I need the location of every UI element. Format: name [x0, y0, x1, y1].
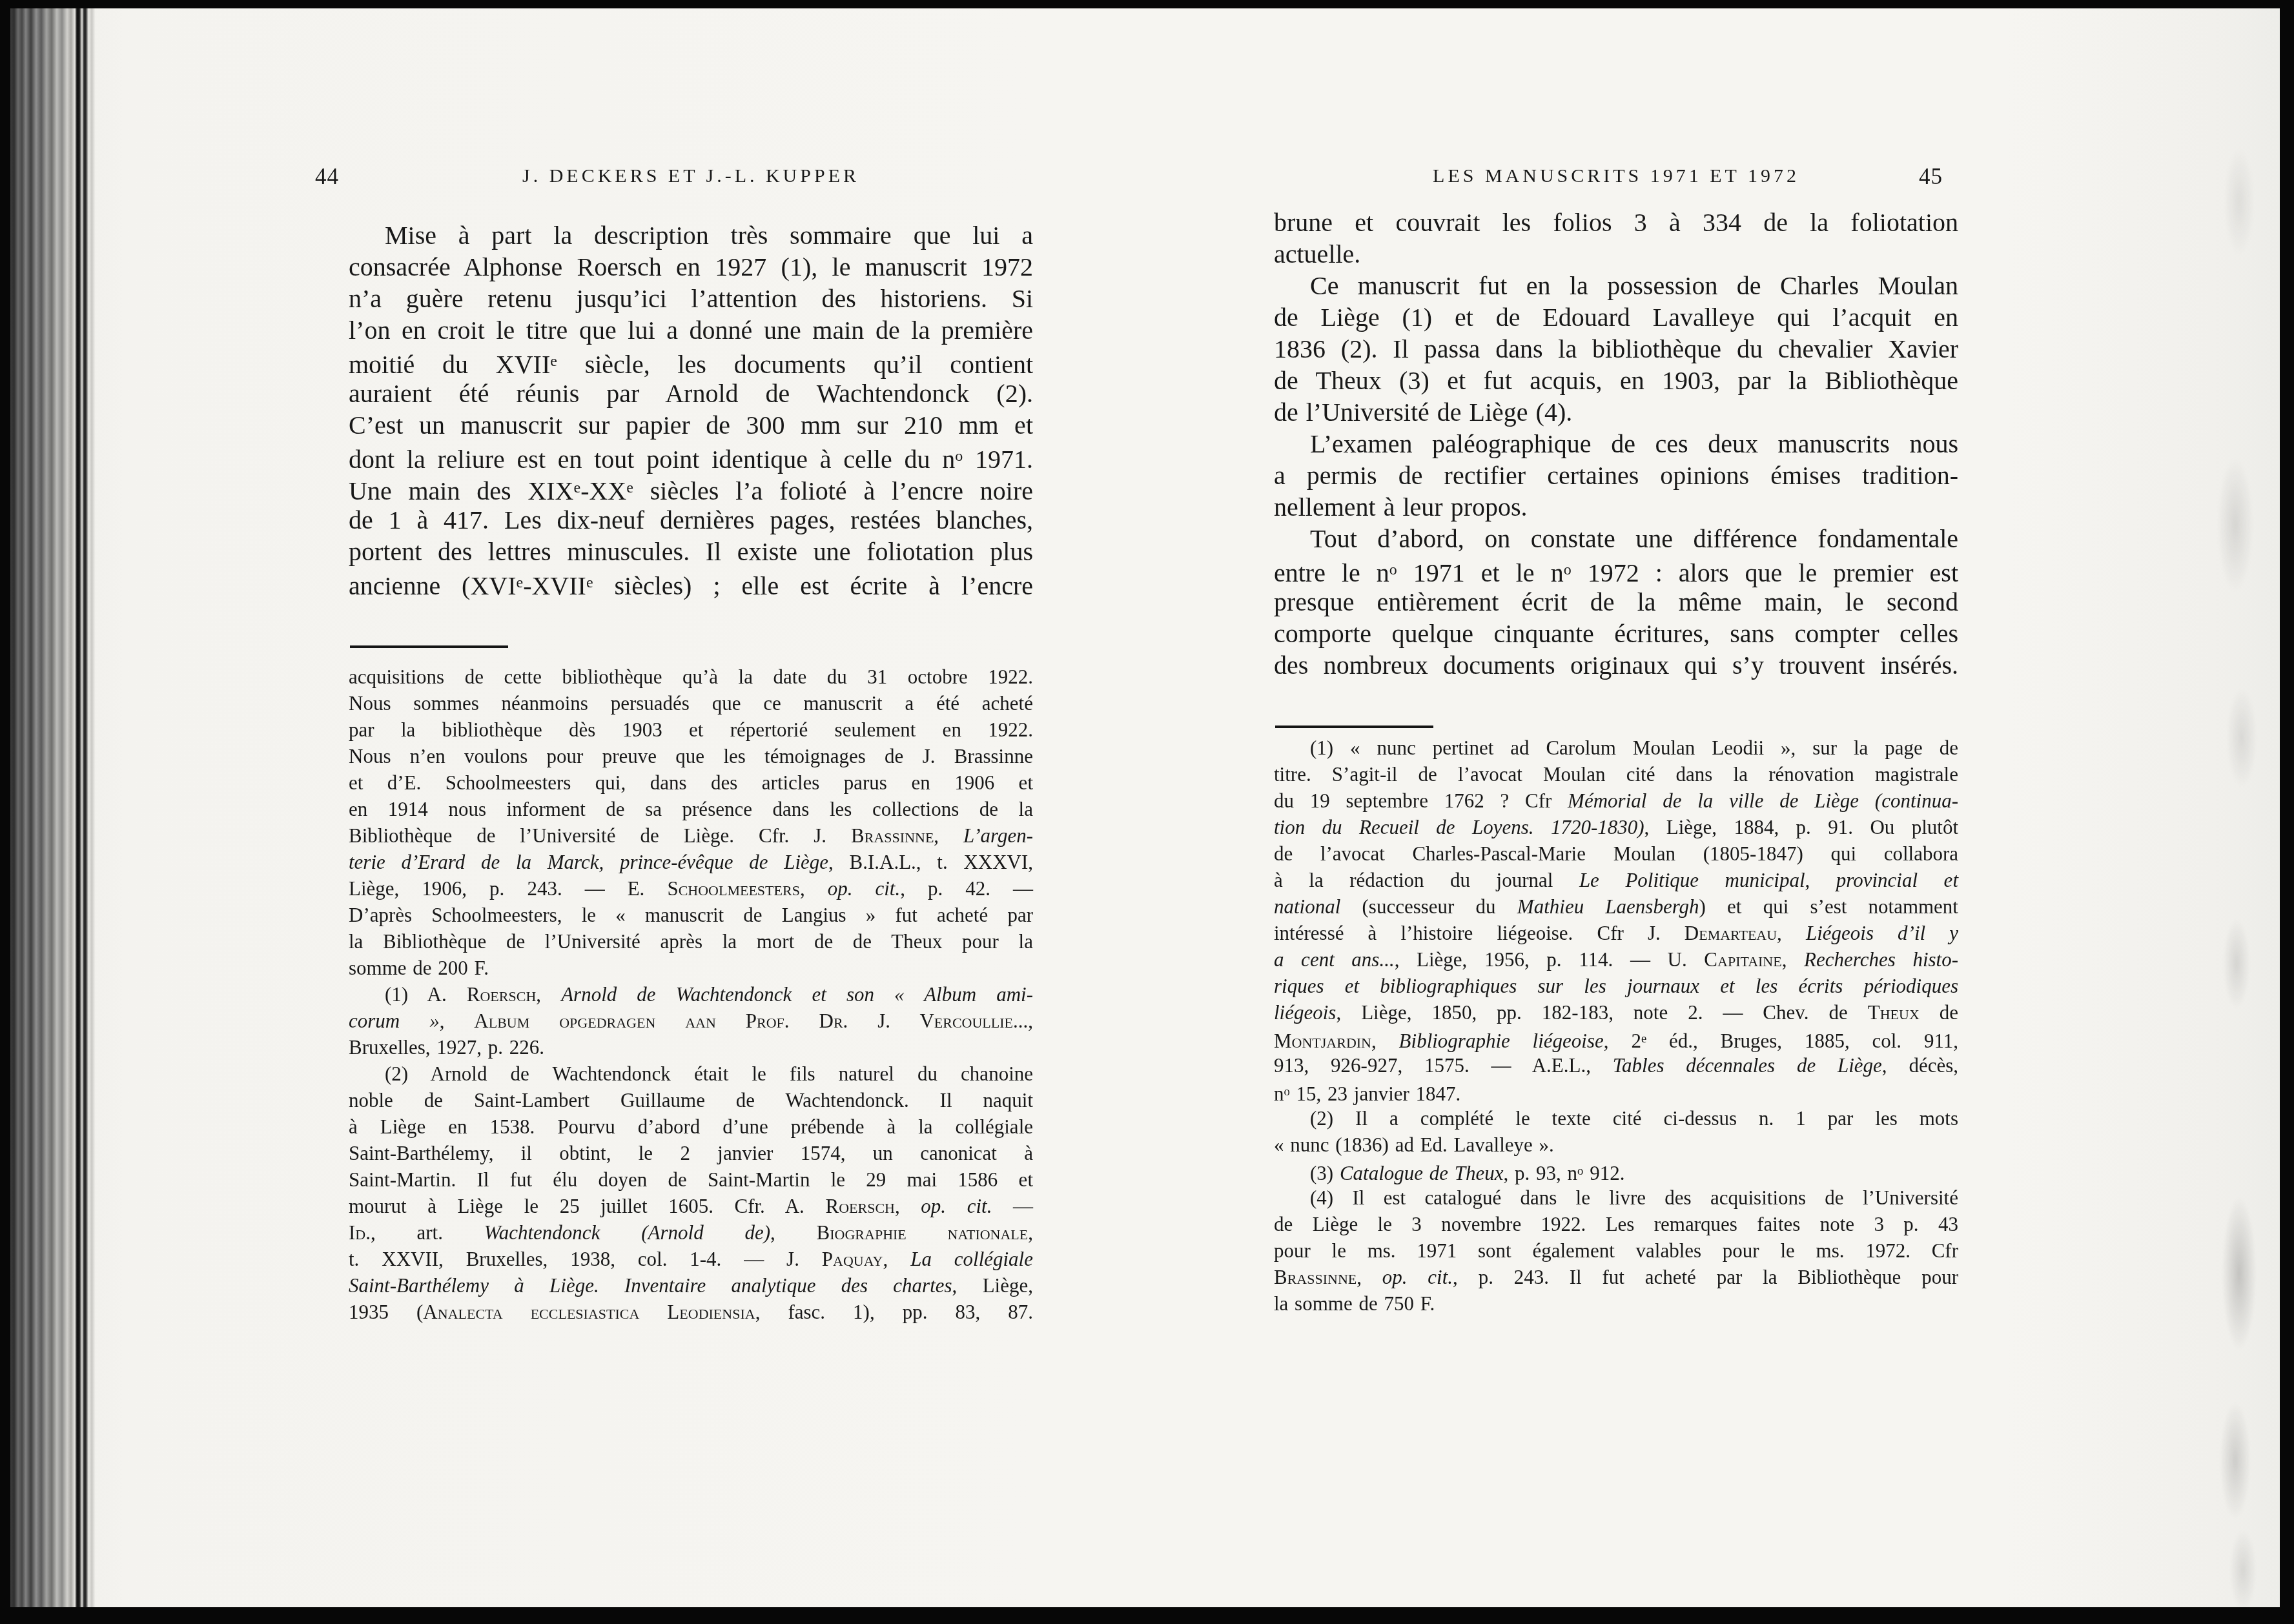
text-line: par la bibliothèque dès 1903 et répertor…: [349, 716, 1033, 743]
text-line: en 1914 nous informent de sa présence da…: [349, 796, 1033, 822]
page-number-left: 44: [315, 164, 339, 190]
text-line: Bibliothèque de l’Université de Liège. C…: [349, 822, 1033, 849]
text-line: a permis de rectifier certaines opinions…: [1274, 460, 1958, 491]
text-line: moitié du XVIIe siècle, les documents qu…: [349, 346, 1033, 378]
text-line: 913, 926-927, 1575. — A.E.L., Tables déc…: [1274, 1052, 1958, 1079]
text-line: Ce manuscrit fut en la possession de Cha…: [1274, 270, 1958, 301]
text-line: Tout d’abord, on constate une différence…: [1274, 523, 1958, 554]
text-line: portent des lettres minuscules. Il exist…: [349, 536, 1033, 567]
text-line: n’a guère retenu jusqu’ici l’attention d…: [349, 283, 1033, 314]
text-line: la somme de 750 F.: [1274, 1290, 1958, 1317]
text-line: ancienne (XVIe-XVIIe siècles) ; elle est…: [349, 567, 1033, 599]
body-text-right: brune et couvrait les folios 3 à 334 de …: [1274, 207, 1958, 681]
text-line: actuelle.: [1274, 238, 1958, 270]
text-line: Nous sommes néanmoins persuadés que ce m…: [349, 690, 1033, 716]
text-line: à Liège en 1538. Pourvu d’abord d’une pr…: [349, 1113, 1033, 1140]
scan-page-edges-band: [10, 8, 96, 1607]
text-line: auraient été réunis par Arnold de Wachte…: [349, 378, 1033, 409]
text-line: (1) « nunc pertinet ad Carolum Moulan Le…: [1274, 735, 1958, 761]
text-line: t. XXVII, Bruxelles, 1938, col. 1-4. — J…: [349, 1246, 1033, 1272]
running-head-right: LES MANUSCRITS 1971 ET 1972 45: [1274, 159, 1958, 190]
text-line: de Liège le 3 novembre 1922. Les remarqu…: [1274, 1211, 1958, 1237]
scan-noise-strip: [2213, 8, 2264, 1607]
text-line: (1) A. Roersch, Arnold de Wachtendonck e…: [349, 981, 1033, 1008]
text-line: dont la reliure est en tout point identi…: [349, 441, 1033, 472]
running-head-left: 44 J. DECKERS ET J.-L. KUPPER: [349, 159, 1033, 190]
text-line: l’on en croit le titre que lui a donné u…: [349, 314, 1033, 346]
text-line: liégeois, Liège, 1850, pp. 182-183, note…: [1274, 999, 1958, 1026]
text-line: presque entièrement écrit de la même mai…: [1274, 586, 1958, 618]
text-line: somme de 200 F.: [349, 955, 1033, 981]
text-line: du 19 septembre 1762 ? Cfr Mémorial de l…: [1274, 787, 1958, 814]
text-line: a cent ans..., Liège, 1956, p. 114. — U.…: [1274, 946, 1958, 973]
text-line: (2) Il a complété le texte cité ci-dessu…: [1274, 1105, 1958, 1132]
footnote-separator-left: [350, 645, 508, 648]
text-line: corum », Album opgedragen aan Prof. Dr. …: [349, 1008, 1033, 1034]
running-title-left: J. DECKERS ET J.-L. KUPPER: [349, 159, 1033, 187]
text-line: L’examen paléographique de ces deux manu…: [1274, 428, 1958, 460]
text-line: intéressé à l’histoire liégeoise. Cfr J.…: [1274, 920, 1958, 946]
text-line: D’après Schoolmeesters, le « manuscrit d…: [349, 902, 1033, 928]
text-line: noble de Saint-Lambert Guillaume de Wach…: [349, 1087, 1033, 1113]
text-line: Brassinne, op. cit., p. 243. Il fut ache…: [1274, 1264, 1958, 1290]
text-line: à la rédaction du journal Le Politique m…: [1274, 867, 1958, 893]
page-number-right: 45: [1919, 164, 1943, 190]
text-line: Une main des XIXe-XXe siècles l’a foliot…: [349, 472, 1033, 504]
footnote-separator-right: [1275, 726, 1433, 728]
text-line: mourut à Liège le 25 juillet 1605. Cfr. …: [349, 1193, 1033, 1219]
text-line: comporte quelque cinquante écritures, sa…: [1274, 618, 1958, 649]
footnotes-right: (1) « nunc pertinet ad Carolum Moulan Le…: [1274, 735, 1958, 1317]
text-line: acquisitions de cette bibliothèque qu’à …: [349, 664, 1033, 690]
text-line: et d’E. Schoolmeesters qui, dans des art…: [349, 769, 1033, 796]
text-line: de Liège (1) et de Edouard Lavalleye qui…: [1274, 301, 1958, 333]
text-line: consacrée Alphonse Roersch en 1927 (1), …: [349, 251, 1033, 283]
body-text-left: Mise à part la description très sommaire…: [349, 219, 1033, 599]
text-line: Mise à part la description très sommaire…: [349, 219, 1033, 251]
text-line: Id., art. Wachtendonck (Arnold de), Biog…: [349, 1219, 1033, 1246]
text-line: la Bibliothèque de l’Université après la…: [349, 928, 1033, 955]
page-44: 44 J. DECKERS ET J.-L. KUPPER Mise à par…: [349, 159, 1033, 190]
footnotes-left: acquisitions de cette bibliothèque qu’à …: [349, 664, 1033, 1325]
text-line: de Theux (3) et fut acquis, en 1903, par…: [1274, 365, 1958, 396]
text-line: de l’avocat Charles-Pascal-Marie Moulan …: [1274, 840, 1958, 867]
text-line: riques et bibliographiques sur les journ…: [1274, 973, 1958, 999]
text-line: entre le no 1971 et le no 1972 : alors q…: [1274, 554, 1958, 586]
text-line: brune et couvrait les folios 3 à 334 de …: [1274, 207, 1958, 238]
text-line: (2) Arnold de Wachtendonck était le fils…: [349, 1061, 1033, 1087]
text-line: « nunc (1836) ad Ed. Lavalleye ».: [1274, 1132, 1958, 1158]
text-line: Saint-Martin. Il fut élu doyen de Saint-…: [349, 1166, 1033, 1193]
text-line: Liège, 1906, p. 243. — E. Schoolmeesters…: [349, 875, 1033, 902]
text-line: Saint-Barthélemy à Liège. Inventaire ana…: [349, 1272, 1033, 1299]
text-line: de 1 à 417. Les dix-neuf dernières pages…: [349, 504, 1033, 536]
text-line: (3) Catalogue de Theux, p. 93, no 912.: [1274, 1158, 1958, 1184]
text-line: de l’Université de Liège (4).: [1274, 396, 1958, 428]
text-line: titre. S’agit-il de l’avocat Moulan cité…: [1274, 761, 1958, 787]
text-line: national (successeur du Mathieu Laensber…: [1274, 893, 1958, 920]
scanned-book-spread: 44 J. DECKERS ET J.-L. KUPPER Mise à par…: [0, 0, 2294, 1624]
text-line: pour le ms. 1971 sont également valables…: [1274, 1237, 1958, 1264]
text-line: 1935 (Analecta ecclesiastica Leodiensia,…: [349, 1299, 1033, 1325]
text-line: Saint-Barthélemy, il obtint, le 2 janvie…: [349, 1140, 1033, 1166]
running-title-right: LES MANUSCRITS 1971 ET 1972: [1274, 159, 1958, 187]
text-line: tion du Recueil de Loyens. 1720-1830), L…: [1274, 814, 1958, 840]
text-line: Montjardin, Bibliographie liégeoise, 2e …: [1274, 1026, 1958, 1052]
text-line: no 15, 23 janvier 1847.: [1274, 1079, 1958, 1105]
page-45: LES MANUSCRITS 1971 ET 1972 45 brune et …: [1274, 159, 1958, 190]
text-line: des nombreux documents originaux qui s’y…: [1274, 649, 1958, 681]
text-line: 1836 (2). Il passa dans la bibliothèque …: [1274, 333, 1958, 365]
text-line: Nous n’en voulons pour preuve que les té…: [349, 743, 1033, 769]
text-line: Bruxelles, 1927, p. 226.: [349, 1034, 1033, 1061]
text-line: C’est un manuscrit sur papier de 300 mm …: [349, 409, 1033, 441]
text-line: nellement à leur propos.: [1274, 491, 1958, 523]
text-line: (4) Il est catalogué dans le livre des a…: [1274, 1184, 1958, 1211]
text-line: terie d’Erard de la Marck, prince-évêque…: [349, 849, 1033, 875]
